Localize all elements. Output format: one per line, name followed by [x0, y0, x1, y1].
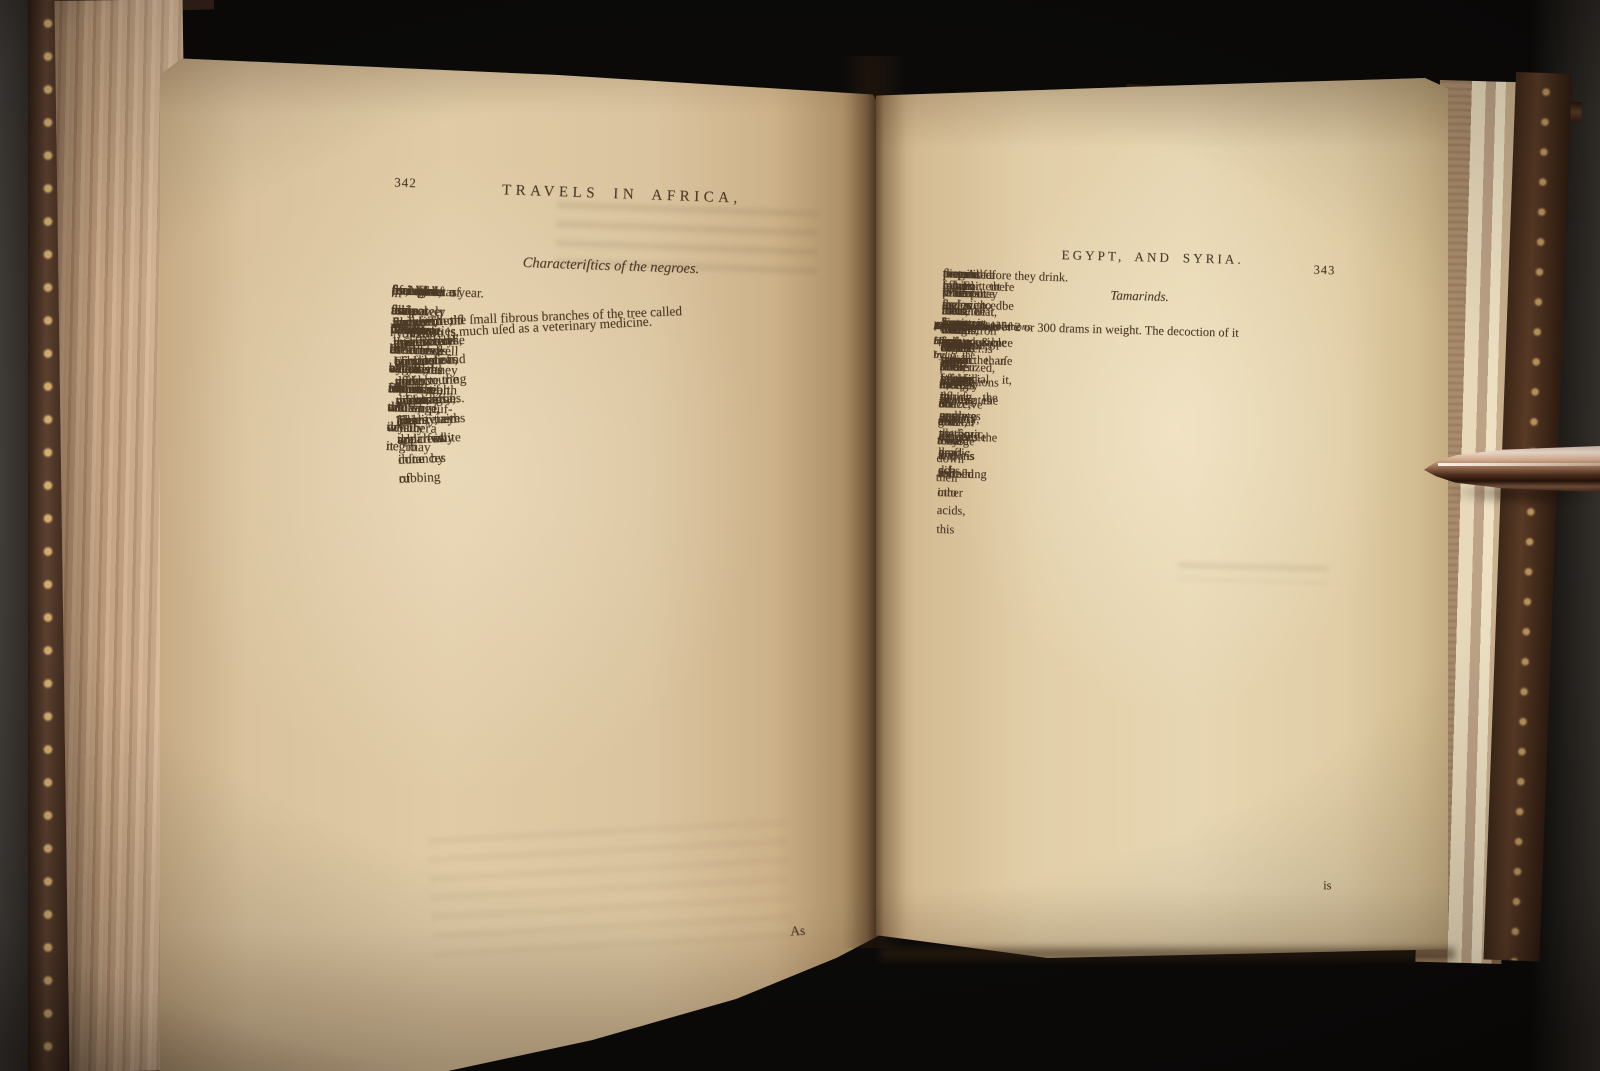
right-page-bottom-shadow — [880, 948, 1455, 960]
right-page-text: EGYPT, AND SYRIA. 343 As often as the ca… — [941, 238, 1337, 349]
left-running-header: TRAVELS IN AFRICA, — [502, 181, 742, 209]
right-page-number: 343 — [1313, 261, 1335, 280]
section-heading-characteristics: Characteriſtics of the negroes. — [392, 248, 830, 283]
left-page-header-row: 342 TRAVELS IN AFRICA, — [392, 168, 831, 217]
open-book-photograph: 342 TRAVELS IN AFRICA, Characteriſtics o… — [0, 0, 1600, 1071]
left-page-text: 342 TRAVELS IN AFRICA, Characteriſtics o… — [392, 176, 830, 336]
gutter-shadow — [842, 56, 906, 948]
right-running-header: EGYPT, AND SYRIA. — [1061, 246, 1244, 269]
left-paragraph-1: A great and ſtriking difference as to th… — [392, 280, 830, 296]
left-page-number: 342 — [394, 172, 417, 192]
